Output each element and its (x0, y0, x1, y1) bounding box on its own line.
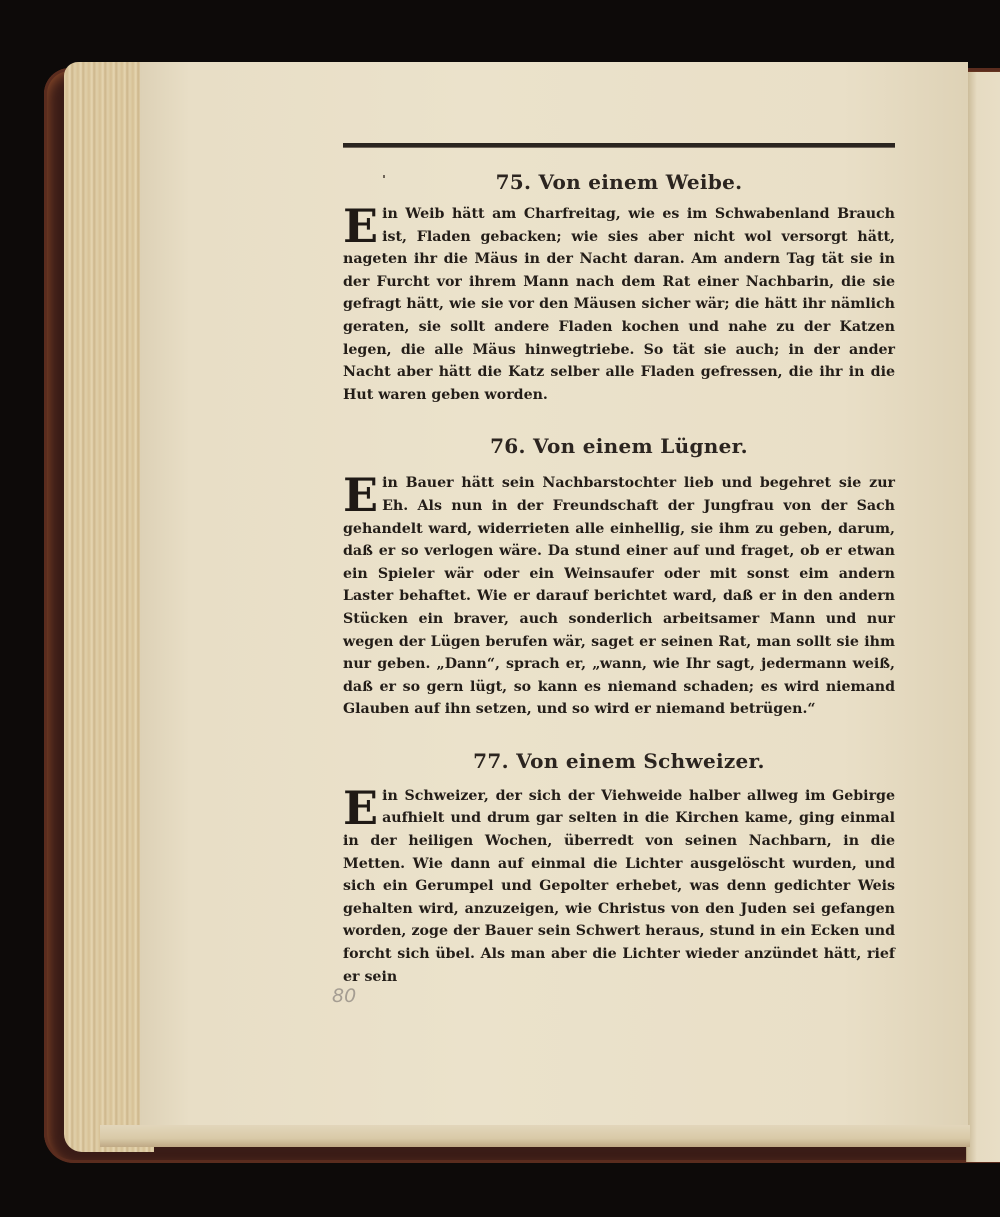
story-76: 76. Von einem Lügner. Ein Bauer hätt sei… (343, 434, 895, 721)
pencil-page-number: 80 (332, 985, 356, 1007)
story-text: in Weib hätt am Charfreitag, wie es im S… (343, 206, 895, 403)
header-rule (343, 143, 895, 148)
story-text: in Schweizer, der sich der Viehweide hal… (343, 788, 895, 985)
drop-cap: E (343, 475, 378, 515)
story-text: in Bauer hätt sein Nachbarstochter lieb … (343, 475, 895, 717)
story-paragraph: Ein Schweizer, der sich der Viehweide ha… (343, 785, 895, 988)
story-77: 77. Von einem Schweizer. Ein Schweizer, … (343, 749, 895, 988)
story-75: 75. Von einem Weibe. Ein Weib hätt am Ch… (343, 170, 895, 406)
paper-speck (383, 175, 385, 178)
story-paragraph: Ein Weib hätt am Charfreitag, wie es im … (343, 203, 895, 406)
drop-cap: E (343, 206, 378, 246)
facing-page-edge (966, 72, 1000, 1162)
page-text: 75. Von einem Weibe. Ein Weib hätt am Ch… (343, 170, 895, 988)
page-bottom-edges (100, 1125, 970, 1147)
story-paragraph: Ein Bauer hätt sein Nachbarstochter lieb… (343, 472, 895, 721)
story-heading: 77. Von einem Schweizer. (343, 749, 895, 773)
story-heading: 76. Von einem Lügner. (343, 434, 895, 458)
drop-cap: E (343, 788, 378, 828)
story-heading: 75. Von einem Weibe. (343, 170, 895, 194)
